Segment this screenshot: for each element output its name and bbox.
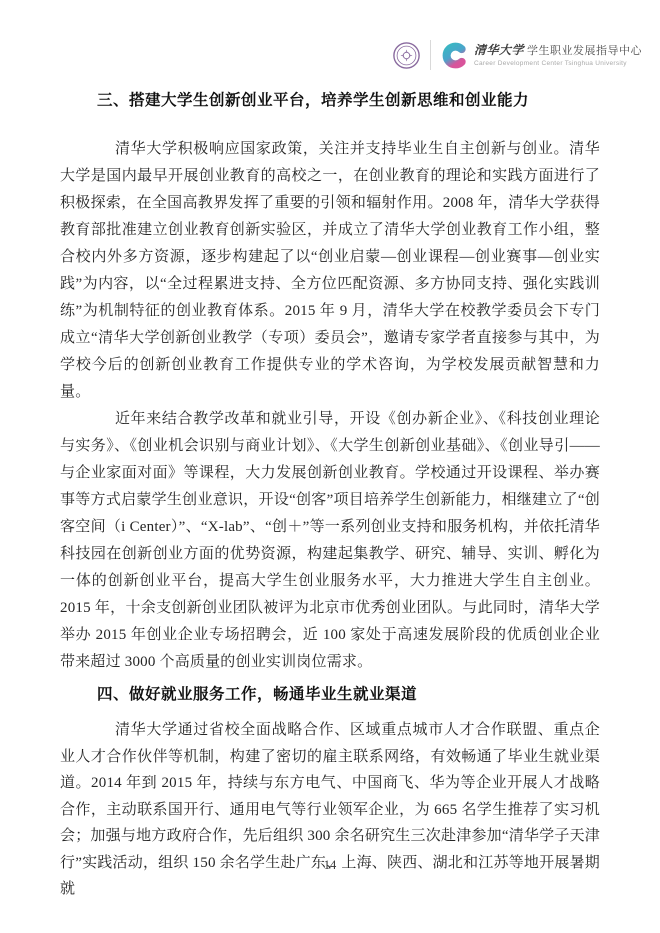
logo-center-name: 学生职业发展指导中心	[527, 45, 642, 57]
logo-subtitle-en: Career Development Center Tsinghua Unive…	[474, 60, 642, 67]
section3-paragraph-2: 近年来结合教学改革和就业引导，开设《创办新企业》、《科技创业理论与实务》、《创业…	[60, 406, 600, 676]
page-header: 清华大学学生职业发展指导中心 Career Development Center…	[393, 40, 642, 70]
section-heading-4: 四、做好就业服务工作，畅通毕业生就业渠道	[60, 684, 600, 706]
career-center-c-logo-icon	[441, 42, 468, 69]
tsinghua-seal-icon	[393, 42, 420, 69]
section-heading-3: 三、搭建大学生创新创业平台，培养学生创新思维和创业能力	[60, 90, 600, 112]
logo-text-block: 清华大学学生职业发展指导中心 Career Development Center…	[474, 44, 642, 67]
logo-title-cn: 清华大学学生职业发展指导中心	[474, 44, 642, 58]
document-body: 三、搭建大学生创新创业平台，培养学生创新思维和创业能力 清华大学积极响应国家政策…	[60, 90, 600, 903]
logo-tsinghua-script: 清华大学	[474, 43, 524, 57]
page-footer: 14	[0, 858, 660, 873]
section4-paragraph-1: 清华大学通过省校全面战略合作、区域重点城市人才合作联盟、重点企业人才合作伙伴等机…	[60, 717, 600, 903]
document-page: 清华大学学生职业发展指导中心 Career Development Center…	[0, 0, 660, 933]
logo-divider	[430, 40, 431, 70]
page-number: 14	[324, 858, 337, 872]
section3-paragraph-1: 清华大学积极响应国家政策，关注并支持毕业生自主创新与创业。清华大学是国内最早开展…	[60, 136, 600, 406]
